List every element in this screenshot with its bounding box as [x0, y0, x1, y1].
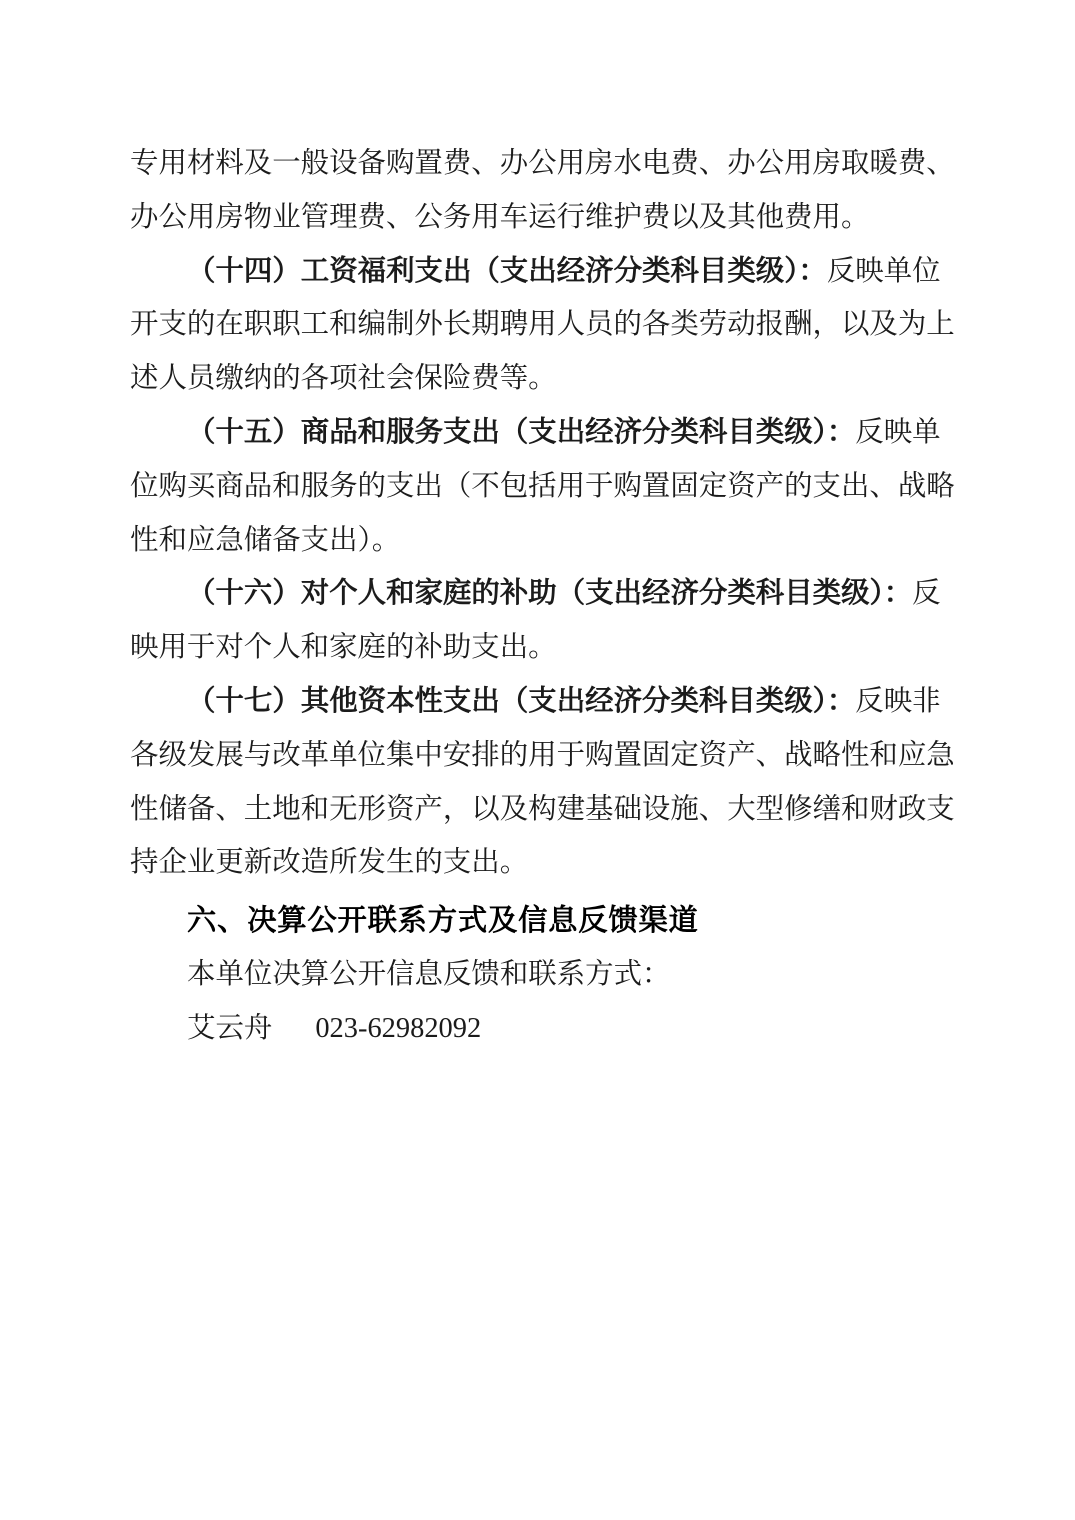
section-heading-text: 六、决算公开联系方式及信息反馈渠道: [187, 904, 699, 937]
bold-run: （十四）工资福利支出（支出经济分类科目类级）：: [187, 256, 827, 287]
text-line: 开支的在职职工和编制外长期聘用人员的各类劳动报酬，以及为上: [130, 298, 955, 352]
text-run: 性和应急储备支出）。: [130, 525, 400, 556]
text-run: 反映非: [855, 686, 940, 717]
text-run: 办公用房物业管理费、公务用车运行维护费以及其他费用。: [130, 202, 869, 233]
text-line: 专用材料及一般设备购置费、办公用房水电费、办公用房取暖费、: [130, 137, 955, 191]
text-run: 开支的在职职工和编制外长期聘用人员的各类劳动报酬，以及为上: [130, 309, 955, 340]
bold-run: （十五）商品和服务支出（支出经济分类科目类级）：: [187, 417, 855, 448]
text-line-item-16: （十六）对个人和家庭的补助（支出经济分类科目类级）：反: [130, 567, 955, 621]
contact-phone: 023-62982092: [315, 1013, 481, 1044]
document-page: 专用材料及一般设备购置费、办公用房水电费、办公用房取暖费、 办公用房物业管理费、…: [0, 0, 1075, 1520]
text-line-item-17: （十七）其他资本性支出（支出经济分类科目类级）：反映非: [130, 675, 955, 729]
document-body: 专用材料及一般设备购置费、办公用房水电费、办公用房取暖费、 办公用房物业管理费、…: [130, 137, 955, 1056]
text-run: 反: [912, 578, 940, 609]
text-run: 位购买商品和服务的支出（不包括用于购置固定资产的支出、战略: [130, 471, 955, 502]
text-line: 位购买商品和服务的支出（不包括用于购置固定资产的支出、战略: [130, 460, 955, 514]
contact-name: 艾云舟: [187, 1013, 272, 1044]
text-line: 各级发展与改革单位集中安排的用于购置固定资产、战略性和应急: [130, 729, 955, 783]
text-run: 反映单位: [827, 256, 941, 287]
text-line: 性储备、土地和无形资产，以及构建基础设施、大型修缮和财政支: [130, 783, 955, 837]
text-line-item-15: （十五）商品和服务支出（支出经济分类科目类级）：反映单: [130, 406, 955, 460]
text-line: 持企业更新改造所发生的支出。: [130, 836, 955, 890]
text-line: 办公用房物业管理费、公务用车运行维护费以及其他费用。: [130, 191, 955, 245]
bold-run: （十七）其他资本性支出（支出经济分类科目类级）：: [187, 686, 855, 717]
section-heading: 六、决算公开联系方式及信息反馈渠道: [130, 894, 955, 948]
text-run: 各级发展与改革单位集中安排的用于购置固定资产、战略性和应急: [130, 740, 955, 771]
text-line: 本单位决算公开信息反馈和联系方式：: [130, 948, 955, 1002]
text-run: 专用材料及一般设备购置费、办公用房水电费、办公用房取暖费、: [130, 148, 955, 179]
contact-line: 艾云舟023-62982092: [130, 1002, 955, 1056]
text-run: 反映单: [855, 417, 940, 448]
text-run: 持企业更新改造所发生的支出。: [130, 847, 528, 878]
text-line: 性和应急储备支出）。: [130, 514, 955, 568]
bold-run: （十六）对个人和家庭的补助（支出经济分类科目类级）：: [187, 578, 912, 609]
text-line-item-14: （十四）工资福利支出（支出经济分类科目类级）：反映单位: [130, 245, 955, 299]
text-run: 映用于对个人和家庭的补助支出。: [130, 632, 557, 663]
text-line: 映用于对个人和家庭的补助支出。: [130, 621, 955, 675]
text-run: 性储备、土地和无形资产，以及构建基础设施、大型修缮和财政支: [130, 794, 955, 825]
text-line: 述人员缴纳的各项社会保险费等。: [130, 352, 955, 406]
text-run: 述人员缴纳的各项社会保险费等。: [130, 363, 557, 394]
text-run: 本单位决算公开信息反馈和联系方式：: [187, 959, 670, 990]
